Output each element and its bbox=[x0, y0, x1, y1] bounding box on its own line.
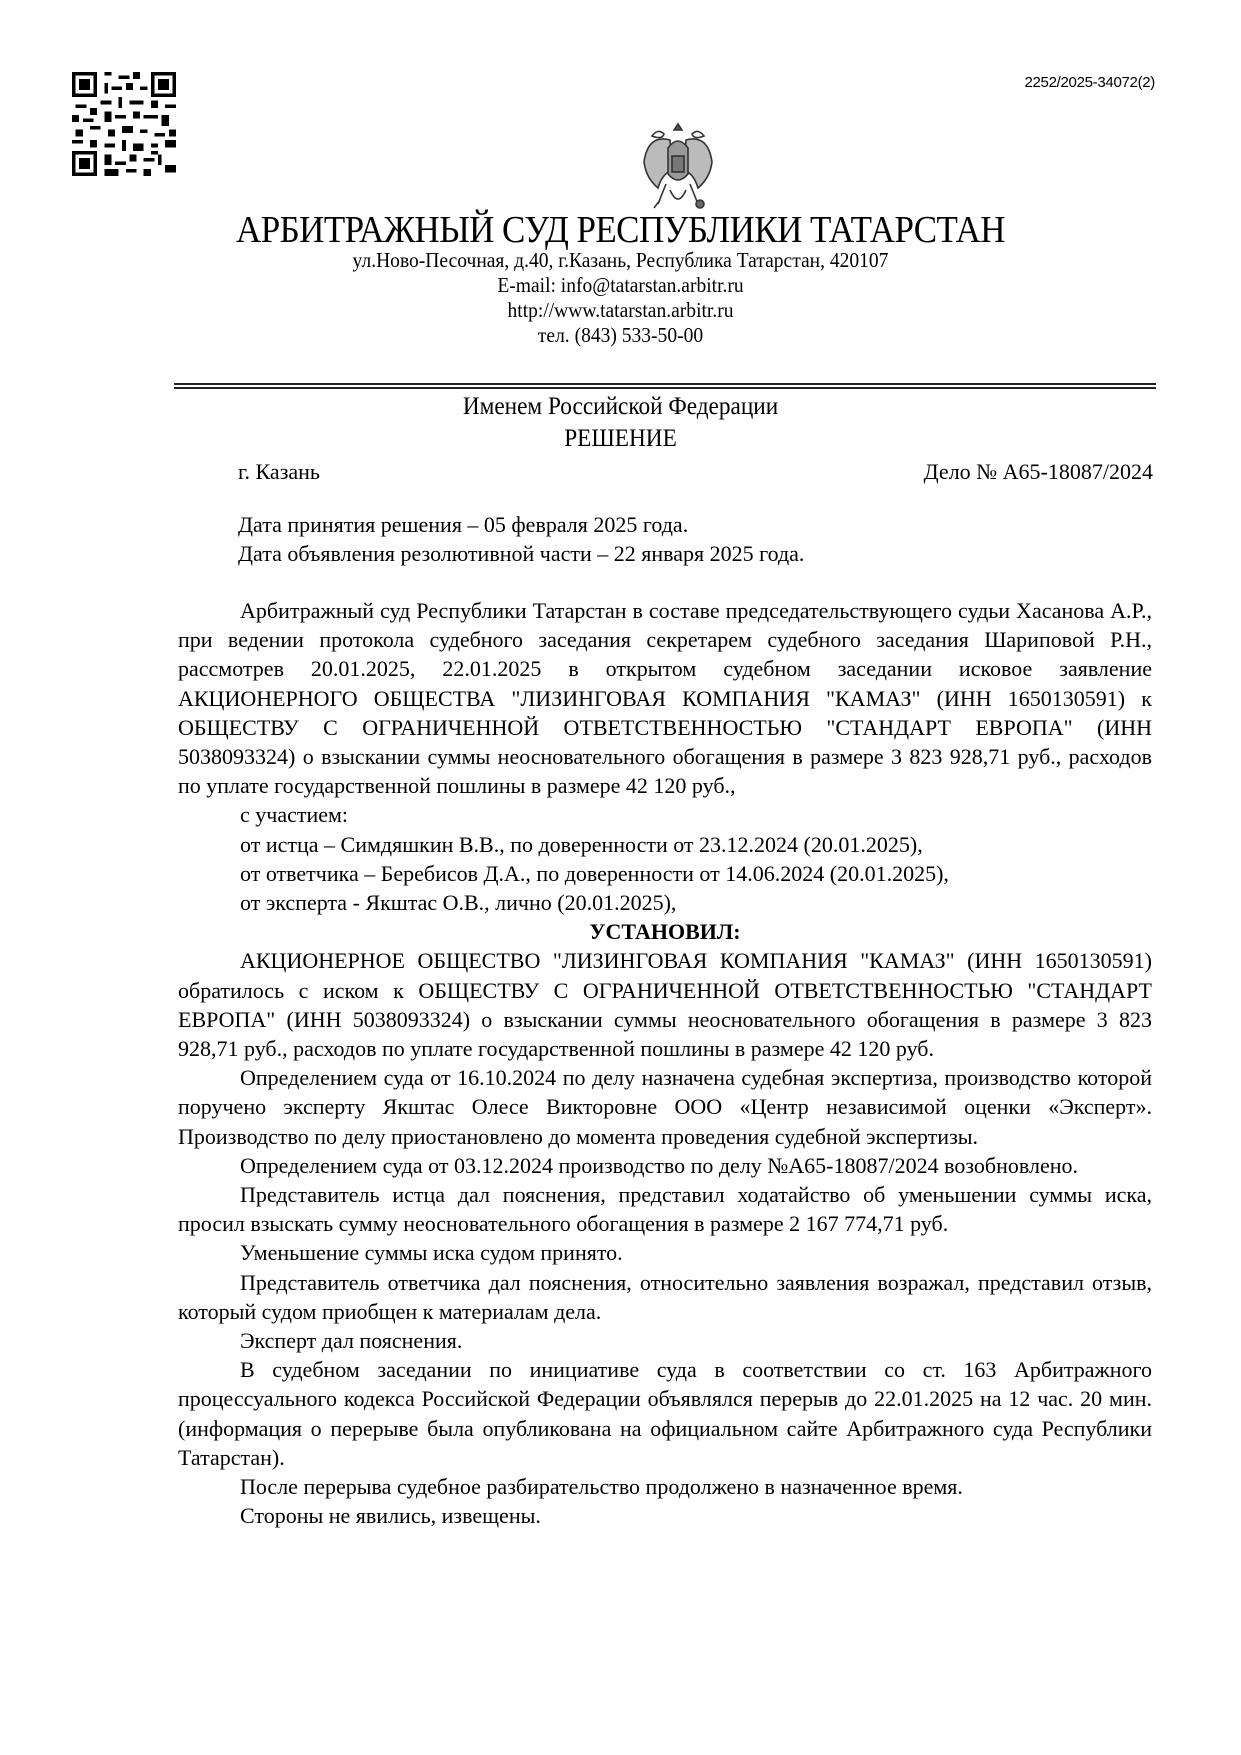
document-number: 2252/2025-34072(2) bbox=[1024, 74, 1155, 91]
in-the-name-line: Именем Российской Федерации bbox=[43, 393, 1197, 421]
intro-paragraph: Арбитражный суд Республики Татарстан в с… bbox=[178, 596, 1152, 800]
header-divider bbox=[174, 383, 1156, 389]
court-phone: тел. (843) 533-50-00 bbox=[43, 322, 1197, 348]
body-paragraph: АКЦИОНЕРНОЕ ОБЩЕСТВО "ЛИЗИНГОВАЯ КОМПАНИ… bbox=[178, 946, 1152, 1063]
court-name: АРБИТРАЖНЫЙ СУД РЕСПУБЛИКИ ТАТАРСТАН bbox=[50, 208, 1192, 252]
court-email[interactable]: E-mail: info@tatarstan.arbitr.ru bbox=[43, 272, 1197, 298]
case-number: Дело № А65-18087/2024 bbox=[924, 457, 1153, 486]
participant-expert: от эксперта - Якштас О.В., лично (20.01.… bbox=[178, 888, 1152, 917]
body-paragraph: Представитель истца дал пояснения, предс… bbox=[178, 1180, 1152, 1238]
decision-body: Арбитражный суд Республики Татарстан в с… bbox=[178, 596, 1152, 1531]
court-address: ул.Ново-Песочная, д.40, г.Казань, Респуб… bbox=[43, 247, 1197, 273]
established-heading: УСТАНОВИЛ: bbox=[178, 917, 1152, 946]
qr-code-icon bbox=[72, 72, 176, 176]
participation-label: с участием: bbox=[178, 800, 1152, 829]
body-paragraph: В судебном заседании по инициативе суда … bbox=[178, 1355, 1152, 1472]
participant-defendant: от ответчика – Беребисов Д.А., по довере… bbox=[178, 859, 1152, 888]
body-paragraph: Эксперт дал пояснения. bbox=[178, 1326, 1152, 1355]
body-paragraph: Стороны не явились, извещены. bbox=[178, 1501, 1152, 1530]
date-announced: Дата объявления резолютивной части – 22 … bbox=[238, 539, 804, 568]
body-paragraph: Уменьшение суммы иска судом принято. bbox=[178, 1238, 1152, 1267]
body-paragraph: Определением суда от 03.12.2024 производ… bbox=[178, 1151, 1152, 1180]
coat-of-arms-icon bbox=[640, 118, 716, 218]
participant-plaintiff: от истца – Симдяшкин В.В., по довереннос… bbox=[178, 830, 1152, 859]
court-website[interactable]: http://www.tatarstan.arbitr.ru bbox=[43, 297, 1197, 323]
date-adopted: Дата принятия решения – 05 февраля 2025 … bbox=[238, 510, 688, 539]
body-paragraph: Определением суда от 16.10.2024 по делу … bbox=[178, 1063, 1152, 1151]
body-paragraph: После перерыва судебное разбирательство … bbox=[178, 1472, 1152, 1501]
city: г. Казань bbox=[238, 457, 320, 486]
body-paragraph: Представитель ответчика дал пояснения, о… bbox=[178, 1268, 1152, 1326]
decision-title: РЕШЕНИЕ bbox=[43, 425, 1197, 453]
